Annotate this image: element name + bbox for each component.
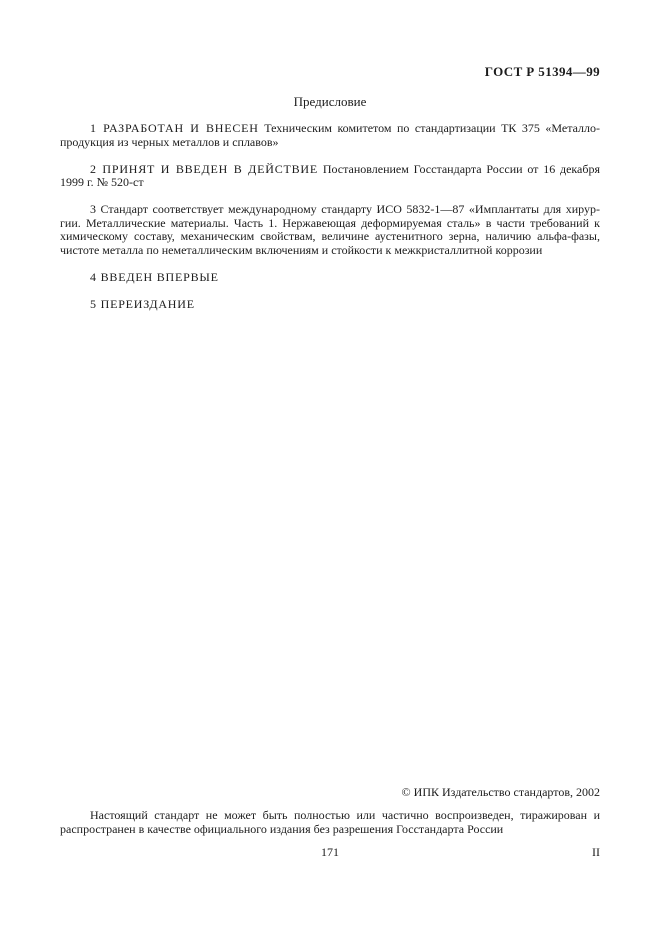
- foreword-item-3-label: 3: [90, 202, 96, 216]
- foreword-item-5-label: 5 ПЕРЕИЗДАНИЕ: [90, 297, 195, 311]
- foreword-item-3-text: Стандарт соответствует международному ст…: [60, 202, 600, 257]
- foreword-body: 1 РАЗРАБОТАН И ВНЕСЕН Техническим комите…: [60, 122, 600, 325]
- foreword-item-1: 1 РАЗРАБОТАН И ВНЕСЕН Техническим комите…: [60, 122, 600, 149]
- foreword-item-3: 3 Стандарт соответствует международному …: [60, 203, 600, 257]
- sheet-number: II: [592, 845, 600, 860]
- document-page: ГОСТ Р 51394—99 Предисловие 1 РАЗРАБОТАН…: [0, 0, 661, 936]
- foreword-item-5: 5 ПЕРЕИЗДАНИЕ: [60, 298, 600, 312]
- page-number: 171: [60, 845, 600, 860]
- foreword-item-4-label: 4 ВВЕДЕН ВПЕРВЫЕ: [90, 270, 219, 284]
- foreword-item-2: 2 ПРИНЯТ И ВВЕДЕН В ДЕЙСТВИЕ Постановлен…: [60, 163, 600, 190]
- doc-code: ГОСТ Р 51394—99: [485, 64, 600, 80]
- foreword-item-1-label: 1 РАЗРАБОТАН И ВНЕСЕН: [90, 121, 259, 135]
- page-title: Предисловие: [60, 94, 600, 110]
- copyright-line: © ИПК Издательство стандартов, 2002: [60, 785, 600, 800]
- foreword-item-2-label: 2 ПРИНЯТ И ВВЕДЕН В ДЕЙСТВИЕ: [90, 162, 318, 176]
- legal-notice: Настоящий стандарт не может быть полност…: [60, 808, 600, 836]
- foreword-item-4: 4 ВВЕДЕН ВПЕРВЫЕ: [60, 271, 600, 285]
